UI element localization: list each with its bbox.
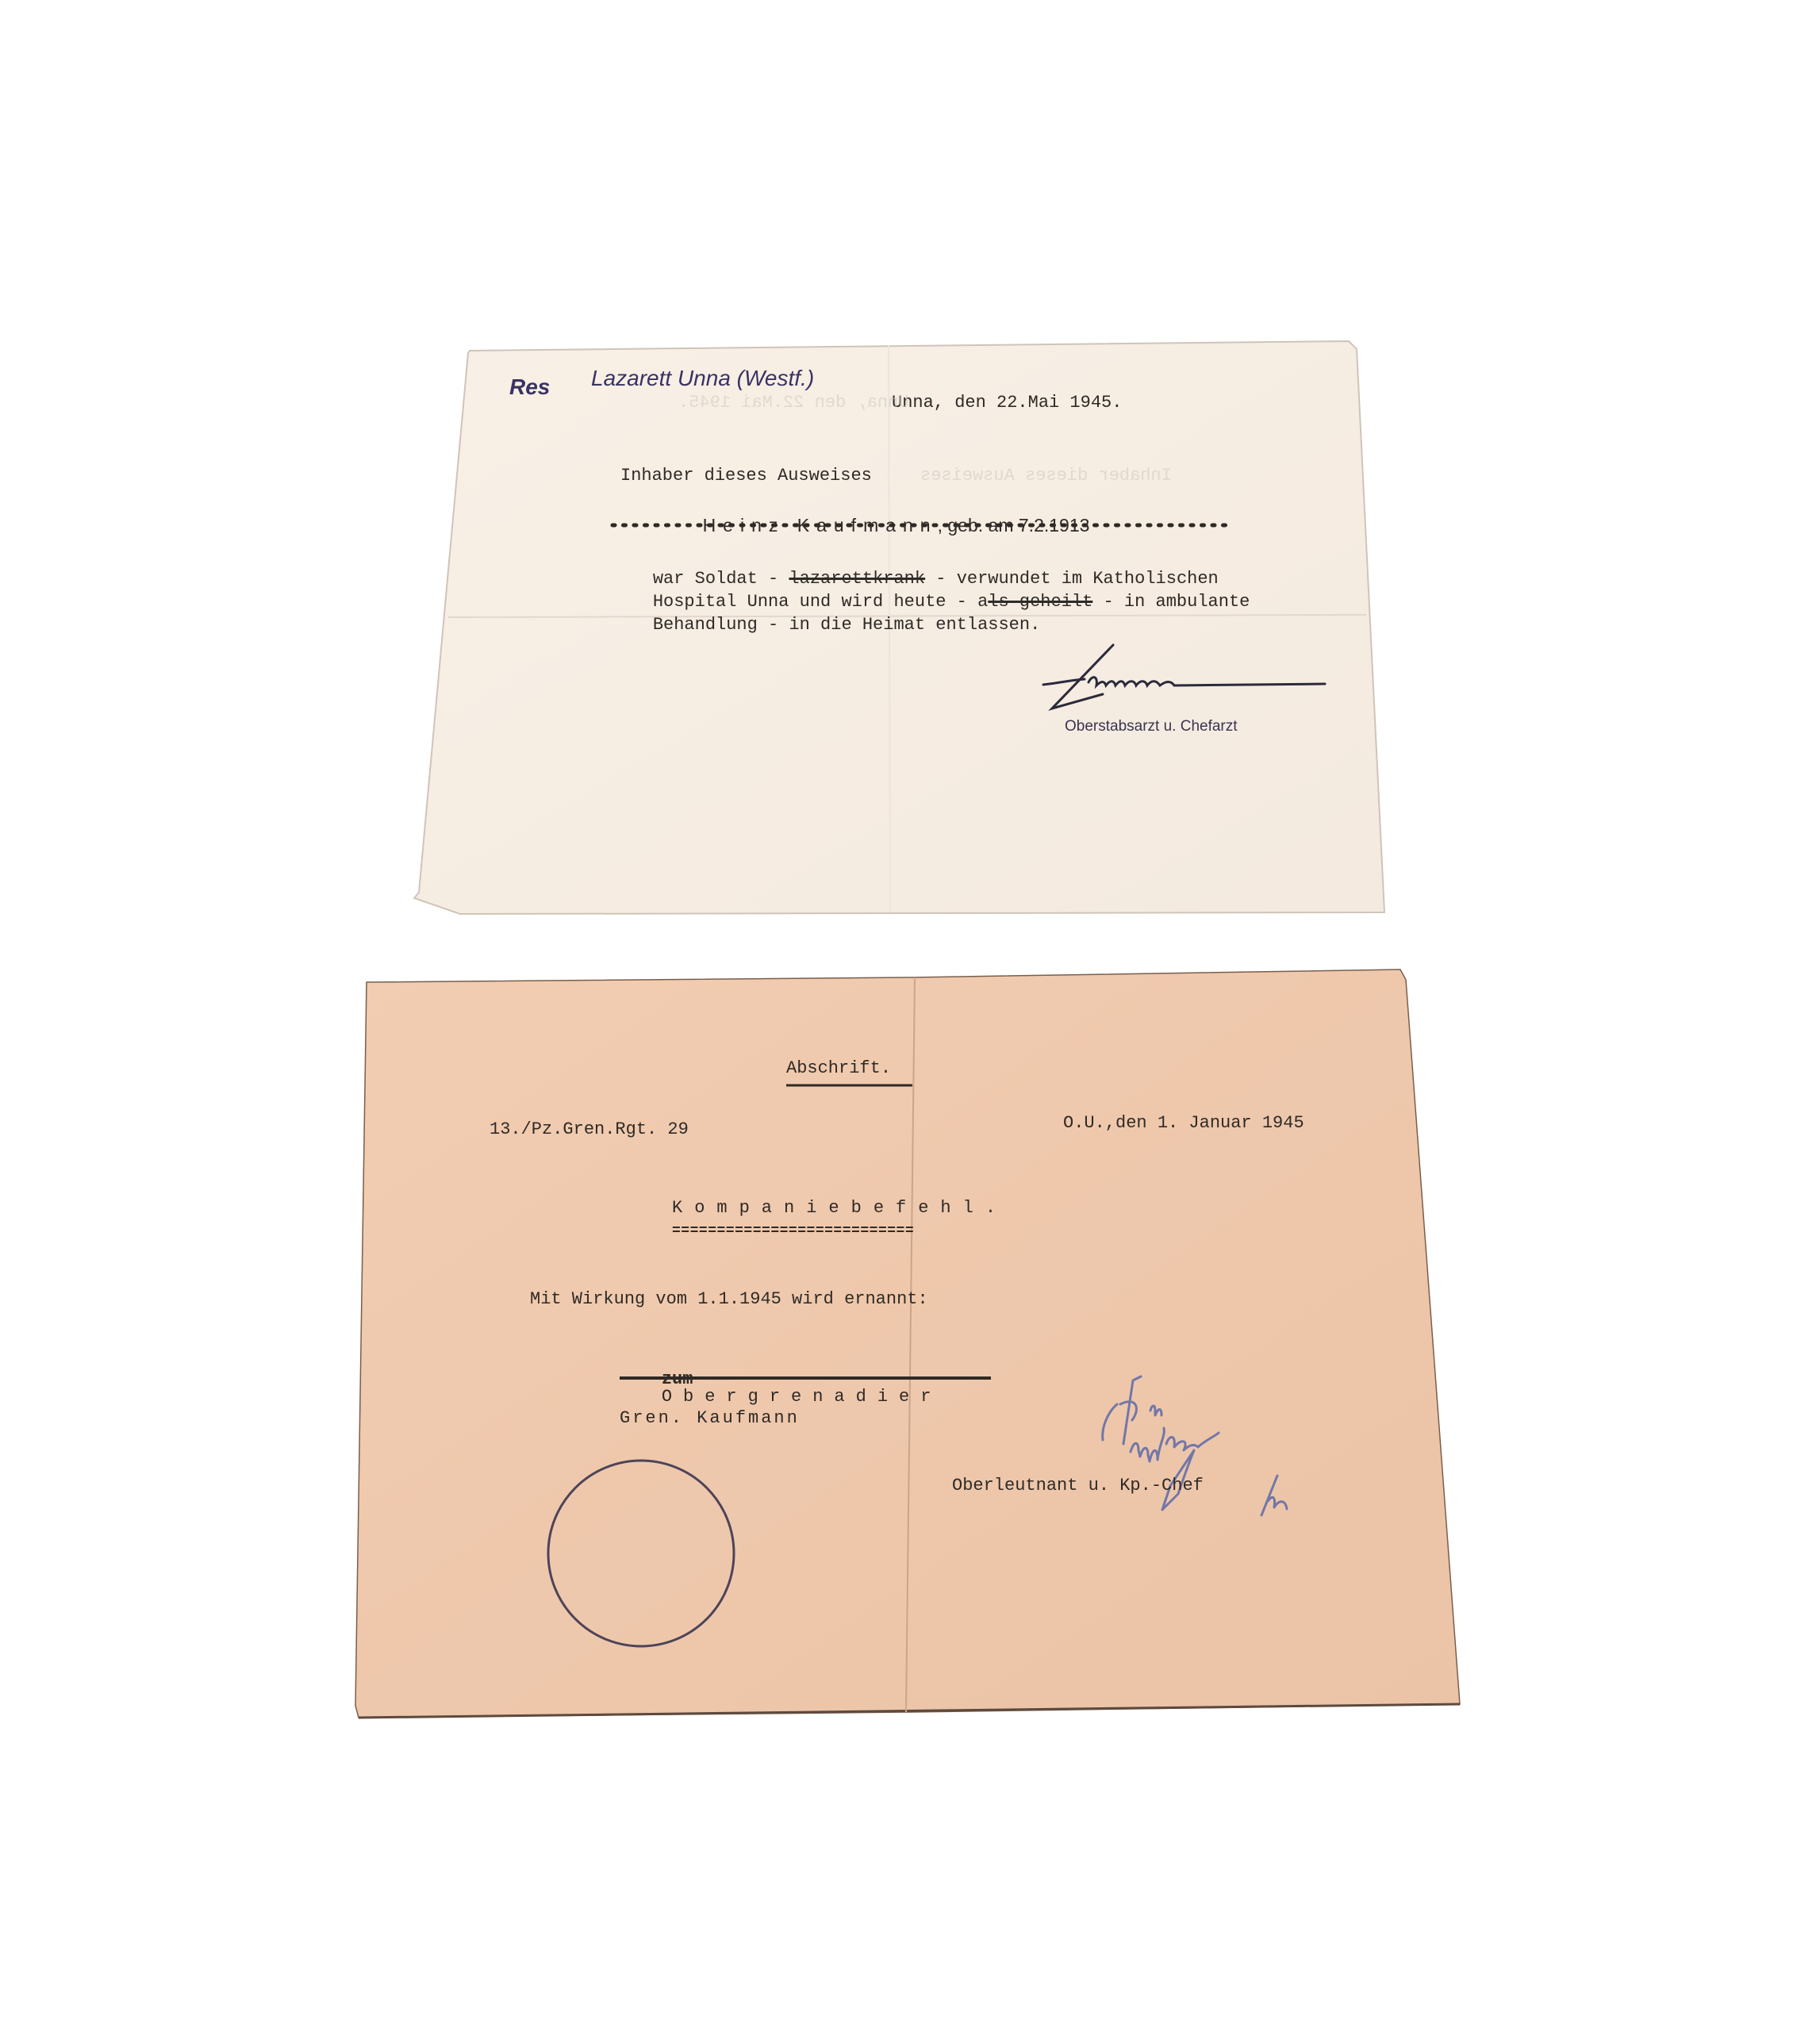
paper-sheet-2 xyxy=(0,0,1820,2031)
appointee-name: Gren. Kaufmann xyxy=(620,1408,800,1428)
promotion-rank: Obergrenadier xyxy=(662,1387,943,1407)
heading-abschrift: Abschrift. xyxy=(786,1060,891,1077)
signature-title: Oberleutnant u. Kp.-Chef xyxy=(952,1477,1204,1495)
place-date: O.U.,den 1. Januar 1945 xyxy=(1063,1115,1304,1132)
appointee: Gren. Kaufmann xyxy=(620,1410,800,1427)
unit-designation: 13./Pz.Gren.Rgt. 29 xyxy=(490,1121,689,1138)
company-order-document: Abschrift. 13./Pz.Gren.Rgt. 29 O.U.,den … xyxy=(0,0,1820,2031)
effect-line: Mit Wirkung vom 1.1.1945 wird ernannt: xyxy=(530,1291,928,1308)
order-title: Kompaniebefehl. xyxy=(672,1200,1008,1217)
order-title-rule: =========================== xyxy=(672,1224,914,1238)
